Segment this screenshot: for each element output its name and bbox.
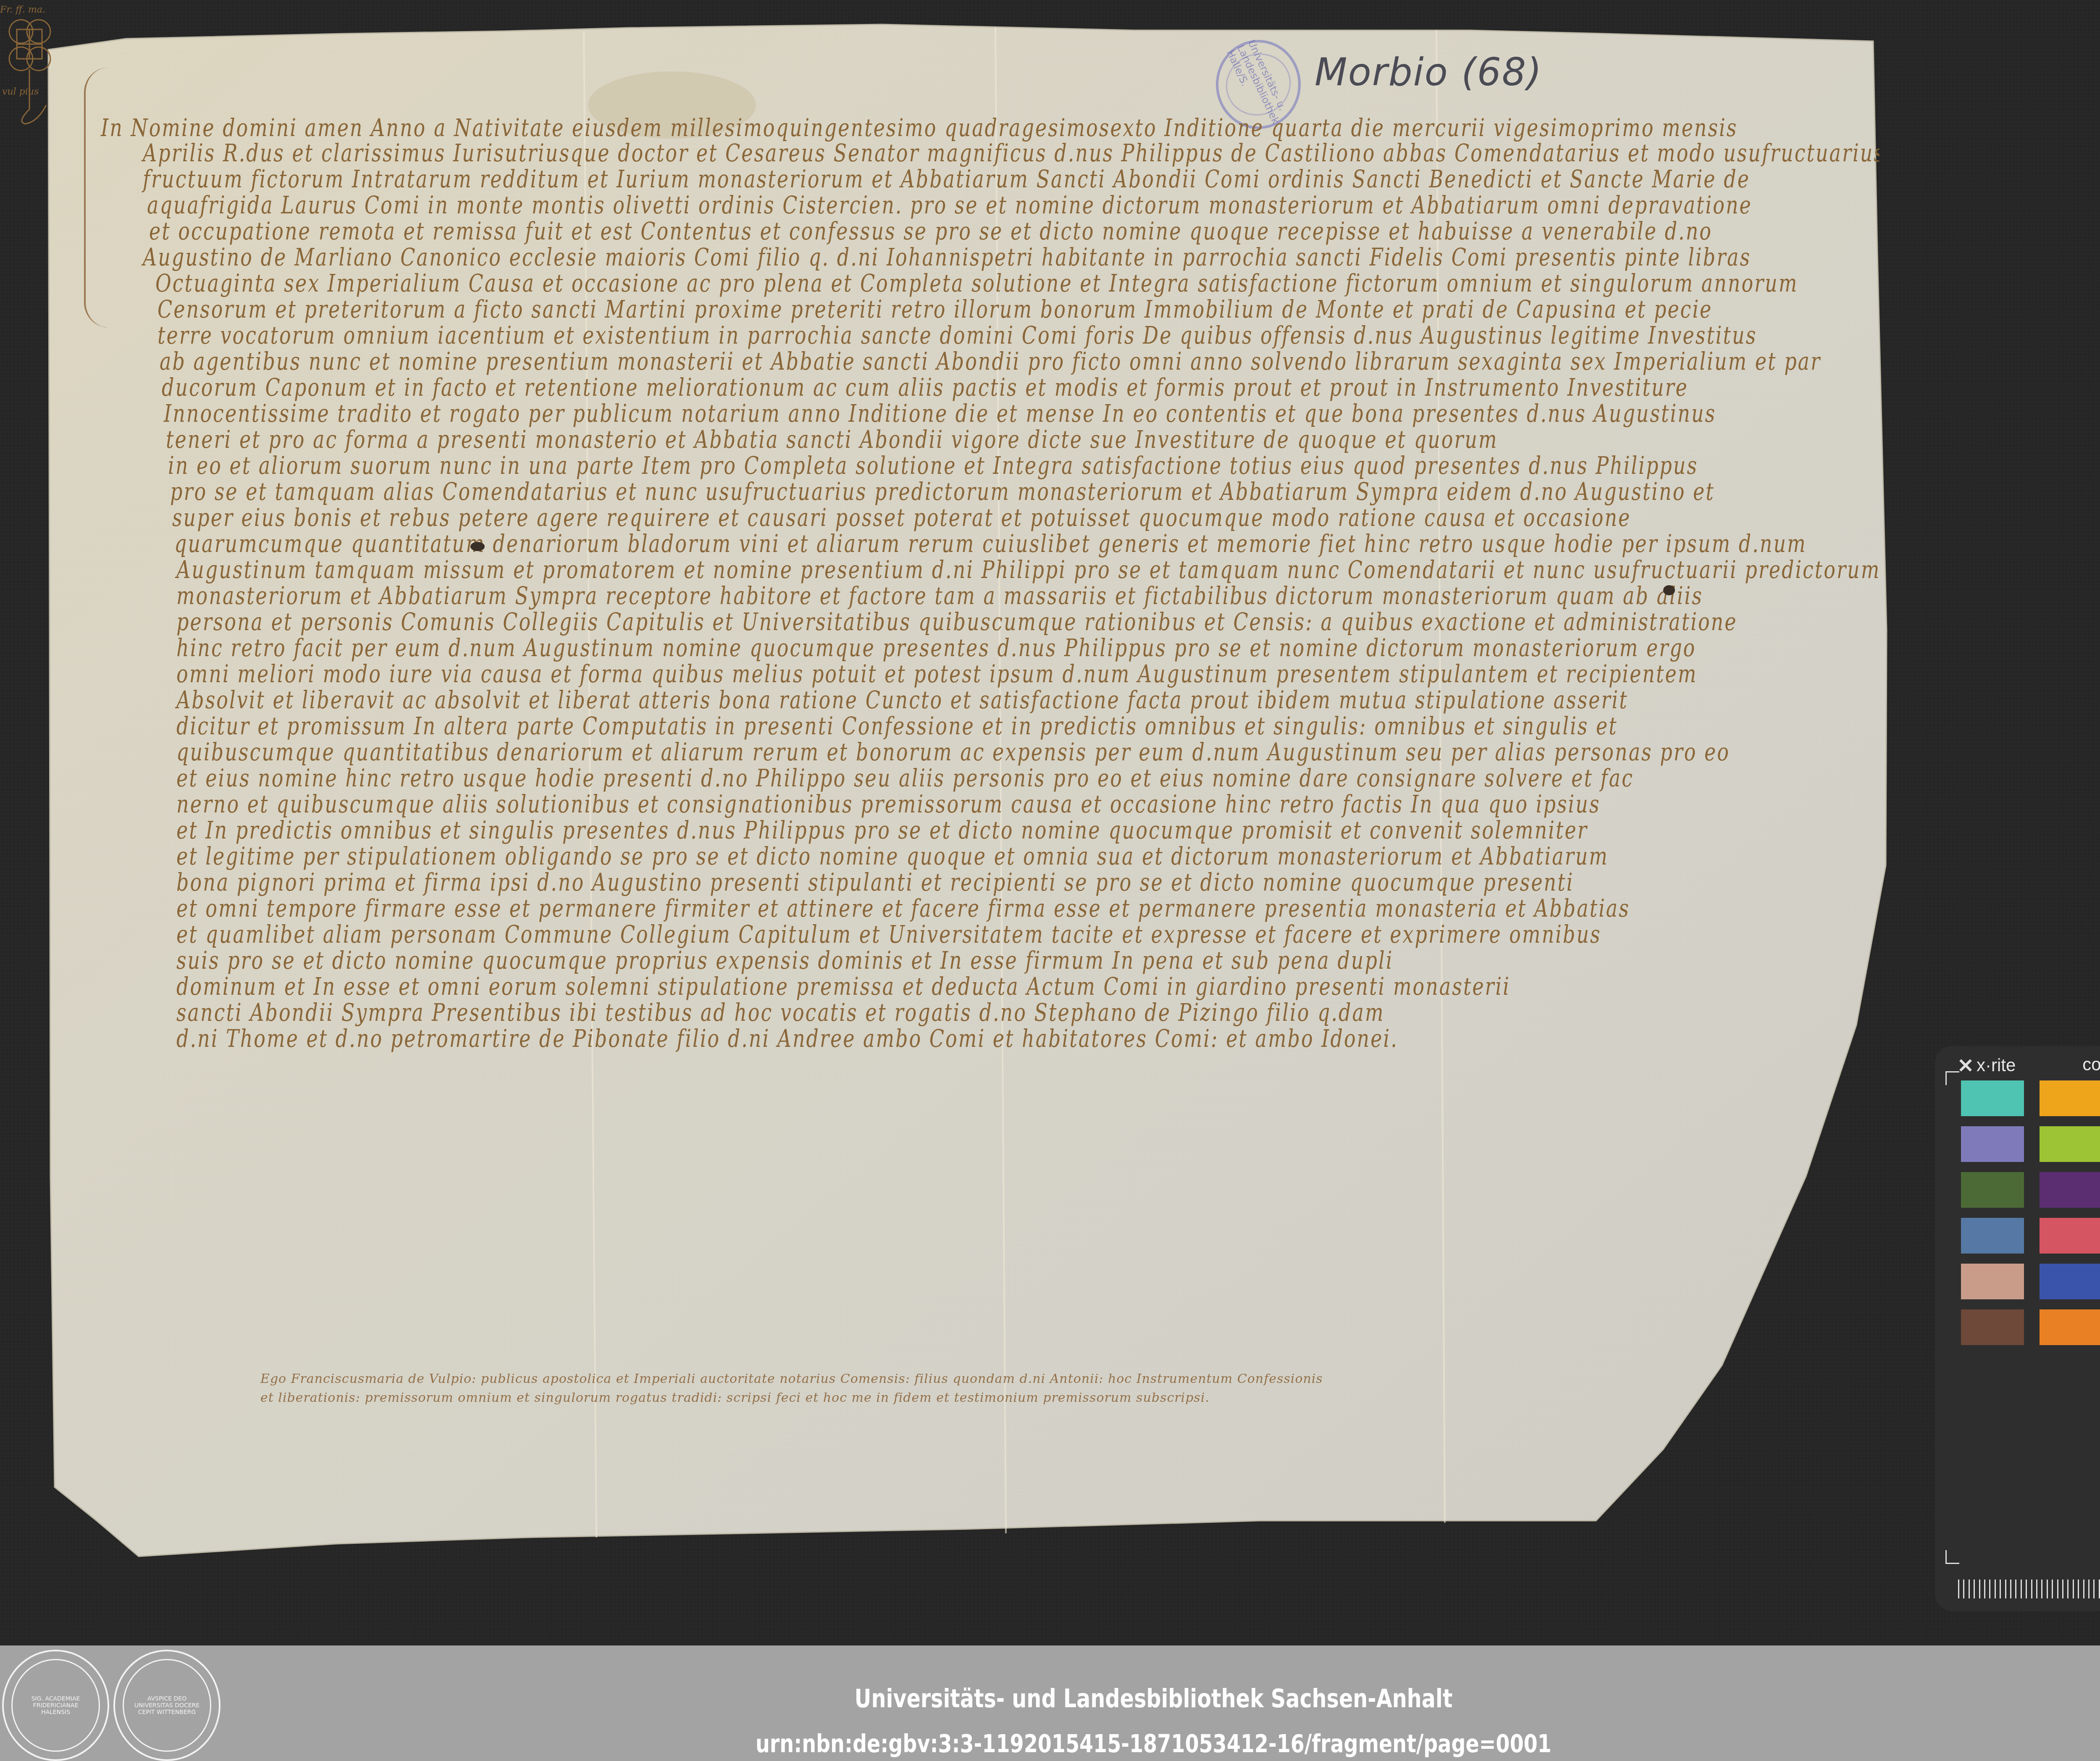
text-line: et occupatione remota et remissa fuit et… — [149, 217, 1712, 245]
text-line: aquafrigida Laurus Comi in monte montis … — [147, 191, 1752, 219]
text-line: nerno et quibuscumque aliis solutionibus… — [176, 790, 1601, 818]
text-line: super eius bonis et rebus petere agere r… — [172, 503, 1631, 532]
text-line: sancti Abondii Sympra Presentibus ibi te… — [176, 998, 1385, 1027]
color-patch — [1961, 1126, 2024, 1162]
notary-subscription-line: Ego Franciscusmaria de Vulpio: publicus … — [260, 1372, 1323, 1386]
color-patch — [2040, 1218, 2100, 1254]
text-line: et omni tempore firmare esse et permaner… — [176, 894, 1630, 923]
color-patch — [1961, 1172, 2024, 1208]
color-patch — [2040, 1172, 2100, 1208]
colorchecker-title: colorchecker CLASSIC — [2082, 1054, 2100, 1075]
color-patch — [2040, 1309, 2100, 1345]
color-patch — [1961, 1218, 2024, 1254]
text-line: Censorum et preteritorum a ficto sancti … — [157, 295, 1712, 323]
xrite-brand: x·rite — [1958, 1055, 2016, 1075]
notary-signum-icon: Fr. ff. ma. vul pius — [0, 0, 71, 126]
color-patch — [2040, 1126, 2100, 1162]
parchment-hole — [1663, 585, 1675, 595]
text-line: teneri et pro ac forma a presenti monast… — [166, 425, 1498, 454]
title-light: color — [2082, 1054, 2100, 1074]
color-patch-grid — [1961, 1080, 2100, 1345]
text-line: ducorum Caponum et in facto et retention… — [162, 373, 1688, 402]
text-line: fructuum fictorum Intratarum redditum et… — [143, 165, 1750, 193]
text-line: dominum et In esse et omni eorum solemni… — [176, 972, 1510, 1001]
color-patch — [2040, 1080, 2100, 1116]
color-patch — [1961, 1264, 2024, 1299]
text-line: Augustinum tamquam missum et promatorem … — [176, 555, 1880, 584]
text-line: et In predictis omnibus et singulis pres… — [176, 816, 1588, 844]
text-line: bona pignori prima et firma ipsi d.no Au… — [176, 868, 1574, 896]
text-line: persona et personis Comunis Collegiis Ca… — [176, 607, 1737, 636]
parchment-hole — [470, 542, 485, 551]
text-line: Augustino de Marliano Canonico ecclesie … — [143, 243, 1751, 271]
text-line: Absolvit et liberavit ac absolvit et lib… — [176, 686, 1628, 714]
corner-mark-icon — [1945, 1550, 1959, 1564]
text-line: quibuscumque quantitatibus denariorum et… — [176, 738, 1730, 766]
wittenberg-seal-icon: AVSPICE DEO UNIVERSITAS DOCERE CEPIT WIT… — [113, 1650, 220, 1761]
urn-link[interactable]: urn:nbn:de:gbv:3:3-1192015415-1871053412… — [207, 1729, 2099, 1758]
text-line: quarumcumque quantitatum denariorum blad… — [174, 529, 1807, 558]
text-line: d.ni Thome et d.no petromartire de Pibon… — [176, 1024, 1398, 1053]
text-line: In Nomine domini amen Anno a Nativitate … — [101, 113, 1738, 142]
text-line: hinc retro facit per eum d.num Augustinu… — [176, 633, 1696, 662]
color-patch — [1961, 1080, 2024, 1116]
xrite-logo-icon — [1958, 1058, 1973, 1073]
corner-mark-icon — [1945, 1071, 1959, 1085]
color-patch — [2040, 1264, 2100, 1299]
text-line: pro se et tamquam alias Comendatarius et… — [170, 477, 1715, 506]
text-line: Aprilis R.dus et clarissimus Iurisutrius… — [143, 139, 1885, 167]
text-line: suis pro se et dicto nomine quocumque pr… — [176, 946, 1393, 975]
parchment-sheet: Universitäts- u. Landesbibliothek Halle/… — [0, 0, 2100, 1645]
text-line: omni meliori modo iure via causa et form… — [176, 660, 1697, 688]
text-line: in eo et aliorum suorum nunc in una part… — [168, 451, 1698, 480]
notary-subscription-line: et liberationis: premissorum omnium et s… — [260, 1390, 1210, 1405]
text-line: Octuaginta sex Imperialium Causa et occa… — [155, 269, 1798, 297]
text-line: et quamlibet aliam personam Commune Coll… — [176, 920, 1601, 949]
color-patch — [1961, 1309, 2024, 1345]
institution-name: Universitäts- und Landesbibliothek Sachs… — [207, 1684, 2099, 1714]
color-checker-card: x·rite colorchecker CLASSIC + mm — [1935, 1046, 2100, 1611]
svg-text:vul pius: vul pius — [2, 87, 39, 97]
university-seal-icon: SIG. ACADEMIAE FRIDERICIANAE HALENSIS — [2, 1650, 109, 1761]
text-line: dicitur et promissum In altera parte Com… — [176, 712, 1618, 740]
xrite-label: x·rite — [1977, 1055, 2016, 1075]
text-line: monasteriorum et Abbatiarum Sympra recep… — [176, 581, 1703, 610]
text-line: ab agentibus nunc et nomine presentium m… — [160, 347, 1821, 376]
footer-banner: SIG. ACADEMIAE FRIDERICIANAE HALENSIS AV… — [0, 1645, 2100, 1761]
text-line: terre vocatorum omnium iacentium et exis… — [157, 321, 1757, 350]
mm-ruler — [1958, 1580, 2100, 1598]
text-line: et eius nomine hinc retro usque hodie pr… — [176, 764, 1634, 792]
text-line: et legitime per stipulationem obligando … — [176, 842, 1609, 870]
svg-text:Fr. ff. ma.: Fr. ff. ma. — [0, 5, 45, 15]
text-line: Innocentissime tradito et rogato per pub… — [164, 399, 1716, 428]
